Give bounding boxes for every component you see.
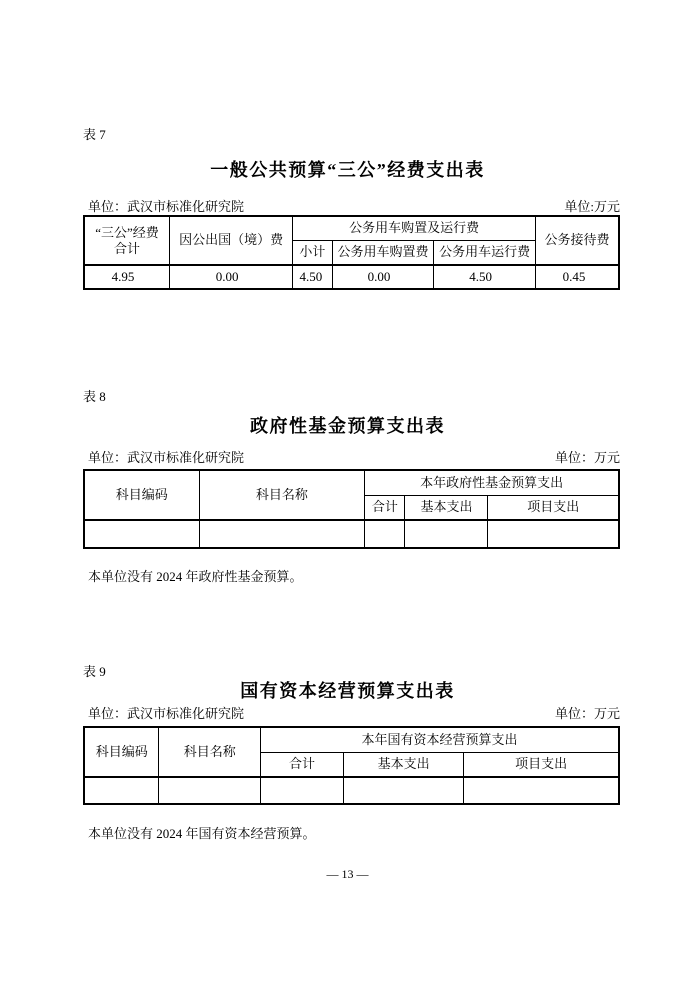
cell-govfund-project: [488, 520, 619, 548]
cell-sangong-total: 4.95: [84, 265, 170, 289]
gov-fund-budget-table-wrap: 科目编码 科目名称 本年政府性基金预算支出 合计 基本支出 项目支出: [83, 469, 620, 549]
header-sangong-total: “三公”经费 合计: [84, 216, 170, 265]
budget-document-page: 表 7 一般公共预算“三公”经费支出表 单位：武汉市标准化研究院 单位:万元 “…: [0, 0, 695, 983]
table9-unit-name: 单位：武汉市标准化研究院: [83, 706, 244, 721]
cell-reception-fee: 0.45: [536, 265, 620, 289]
header-vehicle-group: 公务用车购置及运行费: [293, 216, 536, 240]
header-statecap-total: 合计: [261, 752, 344, 777]
cell-vehicle-purchase: 0.00: [332, 265, 434, 289]
header-subject-code: 科目编码: [84, 727, 159, 777]
header-subject-name: 科目名称: [159, 727, 261, 777]
table8-unit-name: 单位：武汉市标准化研究院: [83, 450, 244, 465]
cell-statecap-project: [464, 777, 619, 804]
page-number: — 13 —: [0, 867, 695, 881]
cell-subject-code: [84, 520, 199, 548]
gov-fund-budget-table: 科目编码 科目名称 本年政府性基金预算支出 合计 基本支出 项目支出: [83, 469, 620, 549]
sangong-expense-table: “三公”经费 合计 因公出国（境）费 公务用车购置及运行费 公务接待费 小计 公…: [83, 215, 620, 290]
header-vehicle-purchase: 公务用车购置费: [332, 240, 434, 265]
table8-tag: 表 8: [83, 389, 106, 404]
table-row: 4.95 0.00 4.50 0.00 4.50 0.45: [84, 265, 619, 289]
table8-unit-currency: 单位：万元: [555, 450, 620, 465]
table9-unit-row: 单位：武汉市标准化研究院 单位：万元: [83, 706, 620, 721]
cell-abroad-fee: 0.00: [170, 265, 293, 289]
cell-subject-name: [159, 777, 261, 804]
header-reception-fee: 公务接待费: [536, 216, 620, 265]
sangong-expense-table-wrap: “三公”经费 合计 因公出国（境）费 公务用车购置及运行费 公务接待费 小计 公…: [83, 215, 620, 290]
header-govfund-group: 本年政府性基金预算支出: [365, 470, 619, 495]
header-statecap-project: 项目支出: [464, 752, 619, 777]
table9-title: 国有资本经营预算支出表: [0, 680, 695, 702]
cell-subject-name: [199, 520, 365, 548]
table8-unit-row: 单位：武汉市标准化研究院 单位：万元: [83, 450, 620, 465]
state-capital-budget-table-wrap: 科目编码 科目名称 本年国有资本经营预算支出 合计 基本支出 项目支出: [83, 726, 620, 805]
cell-statecap-basic: [343, 777, 463, 804]
header-govfund-total: 合计: [365, 495, 405, 520]
cell-statecap-total: [261, 777, 344, 804]
table7-tag: 表 7: [83, 127, 106, 142]
header-vehicle-operation: 公务用车运行费: [434, 240, 536, 265]
gov-fund-note: 本单位没有 2024 年政府性基金预算。: [88, 569, 303, 584]
header-statecap-group: 本年国有资本经营预算支出: [261, 727, 619, 752]
header-abroad-fee: 因公出国（境）费: [170, 216, 293, 265]
table9-tag: 表 9: [83, 664, 106, 679]
state-capital-note: 本单位没有 2024 年国有资本经营预算。: [88, 826, 316, 841]
header-vehicle-subtotal: 小计: [293, 240, 333, 265]
table7-title: 一般公共预算“三公”经费支出表: [0, 159, 695, 181]
cell-vehicle-operation: 4.50: [434, 265, 536, 289]
header-subject-name: 科目名称: [199, 470, 365, 520]
header-statecap-basic: 基本支出: [343, 752, 463, 777]
cell-vehicle-subtotal: 4.50: [293, 265, 333, 289]
cell-subject-code: [84, 777, 159, 804]
header-sangong-total-line2: 合计: [87, 241, 167, 257]
table-row: [84, 777, 619, 804]
header-govfund-basic: 基本支出: [405, 495, 488, 520]
header-govfund-project: 项目支出: [488, 495, 619, 520]
table-row: [84, 520, 619, 548]
table7-unit-name: 单位：武汉市标准化研究院: [83, 199, 244, 214]
table9-unit-currency: 单位：万元: [555, 706, 620, 721]
header-sangong-total-line1: “三公”经费: [87, 225, 167, 241]
state-capital-budget-table: 科目编码 科目名称 本年国有资本经营预算支出 合计 基本支出 项目支出: [83, 726, 620, 805]
header-subject-code: 科目编码: [84, 470, 199, 520]
table8-title: 政府性基金预算支出表: [0, 415, 695, 437]
cell-govfund-total: [365, 520, 405, 548]
cell-govfund-basic: [405, 520, 488, 548]
table7-unit-currency: 单位:万元: [564, 199, 620, 214]
table7-unit-row: 单位：武汉市标准化研究院 单位:万元: [83, 199, 620, 214]
